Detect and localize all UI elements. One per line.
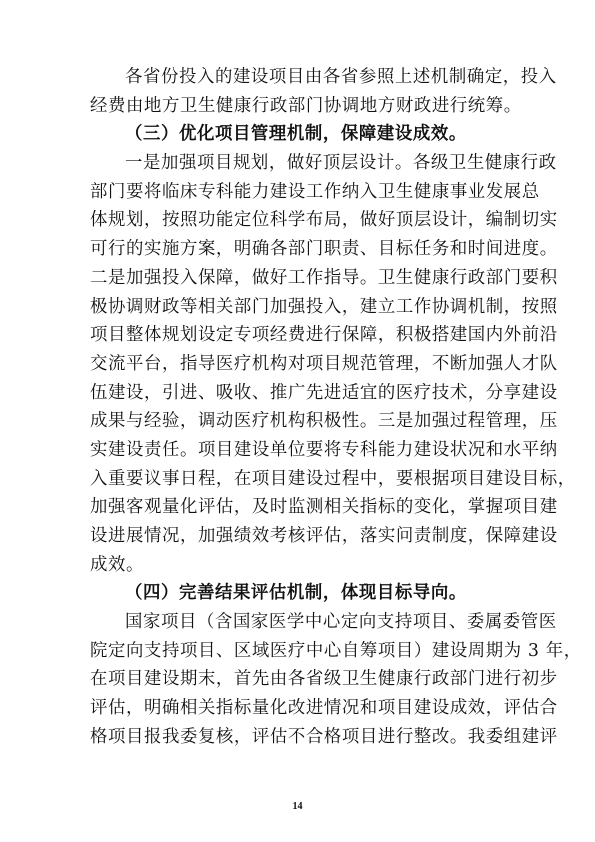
text-line: 成果与经验，调动医疗机构积极性。三是加强过程管理，压 [90,407,508,436]
text-line: 加强客观量化评估，及时监测相关指标的变化，掌握项目建 [90,493,508,522]
text-line: 部门要将临床专科能力建设工作纳入卫生健康事业发展总 [90,178,508,207]
text-line: 交流平台，指导医疗机构对项目规范管理，不断加强人才队 [90,350,508,379]
text-line: 院定向支持项目、区域医疗中心自筹项目）建设周期为 3 年， [90,637,508,666]
text-line: 可行的实施方案，明确各部门职责、目标任务和时间进度。 [90,235,508,264]
text-line: 二是加强投入保障，做好工作指导。卫生健康行政部门要积 [90,264,508,293]
text-line: 项目整体规划设定专项经费进行保障，积极搭建国内外前沿 [90,321,508,350]
text-line: 设进展情况，加强绩效考核评估，落实问责制度，保障建设 [90,522,508,551]
section-heading-4: （四）完善结果评估机制，体现目标导向。 [90,579,508,608]
text-line: 各省份投入的建设项目由各省参照上述机制确定，投入 [90,63,508,92]
text-line: 成效。 [90,551,508,580]
text-line: 极协调财政等相关部门加强投入，建立工作协调机制，按照 [90,293,508,322]
text-line: 格项目报我委复核，评估不合格项目进行整改。我委组建评 [90,723,508,752]
text-line: 实建设责任。项目建设单位要将专科能力建设状况和水平纳 [90,436,508,465]
section-heading-3: （三）优化项目管理机制，保障建设成效。 [90,120,508,149]
text-line: 伍建设，引进、吸收、推广先进适宜的医疗技术，分享建设 [90,379,508,408]
text-line: 一是加强项目规划，做好顶层设计。各级卫生健康行政 [90,149,508,178]
text-line: 在项目建设期末，首先由各省级卫生健康行政部门进行初步 [90,665,508,694]
page-number: 14 [0,801,595,812]
text-line: 入重要议事日程，在项目建设过程中，要根据项目建设目标， [90,465,508,494]
text-line: 经费由地方卫生健康行政部门协调地方财政进行统筹。 [90,92,508,121]
text-line: 评估，明确相关指标量化改进情况和项目建设成效，评估合 [90,694,508,723]
body-text: 各省份投入的建设项目由各省参照上述机制确定，投入 经费由地方卫生健康行政部门协调… [90,63,508,752]
document-page: 各省份投入的建设项目由各省参照上述机制确定，投入 经费由地方卫生健康行政部门协调… [0,0,595,842]
text-line: 体规划，按照功能定位科学布局，做好顶层设计，编制切实 [90,206,508,235]
text-line: 国家项目（含国家医学中心定向支持项目、委属委管医 [90,608,508,637]
